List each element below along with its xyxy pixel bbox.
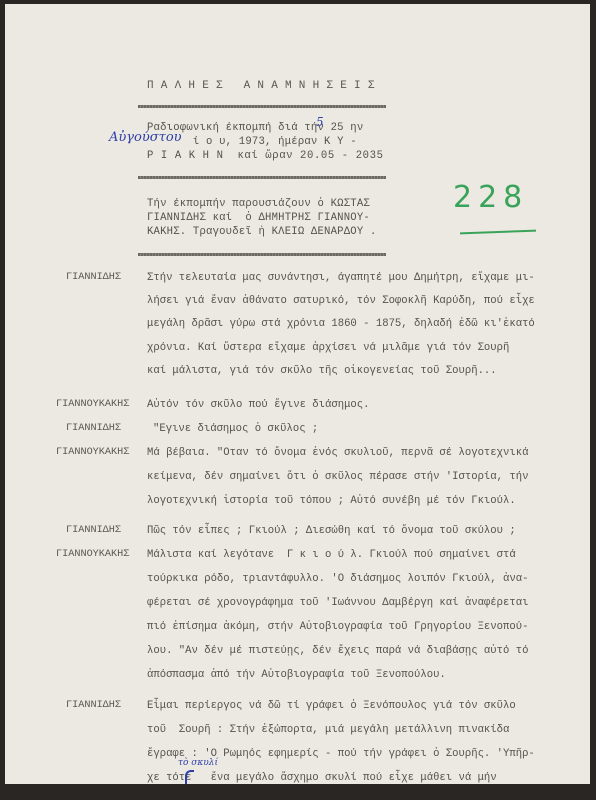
presenters-line-1: Τήν έκπομπήν παρουσιάζουν ὁ ΚΩΣΤΑΣ: [147, 198, 370, 210]
title-rule: [138, 105, 386, 108]
dialogue-line: Εἶμαι περίεργος νά δῶ τί γράφει ὁ Ξενόπο…: [147, 700, 516, 712]
presenters-line-2: ΓΙΑΝΝΙΔΗΣ καί ὁ ΔΗΜΗΤΡΗΣ ΓΙΑΝΝΟΥ-: [147, 212, 370, 224]
dialogue-line: καί μάλιστα, γιά τόν σκῦλο τῆς οἰκογενεί…: [147, 365, 497, 377]
presenters-rule: [138, 253, 386, 256]
dialogue-line: τοῦ Σουρῆ : Στήν ἐξώπορτα, μιά μεγάλη με…: [147, 724, 509, 736]
dialogue-line: φέρεται σέ χρονογράφημα τοῦ 'Ιωάννου Δαμ…: [147, 597, 528, 609]
dialogue-line: Αὐτόν τόν σκῦλο πού ἔγινε διάσημος.: [147, 399, 370, 411]
presenters-line-3: ΚΑΚΗΣ. Τραγουδεῖ ἡ ΚΛΕΙΩ ΔΕΝΑΡΔΟΥ .: [147, 226, 377, 238]
dialogue-line: λογοτεχνική ἱστορία τοῦ τόπου ; Αὐτό συν…: [147, 495, 516, 507]
info-rule: [138, 176, 386, 179]
dialogue-line: λου. "Αν δέν μέ πιστεύῃς, δέν ἔχεις παρά…: [147, 645, 528, 657]
dialogue-line: πιό ἐπίσημα ἀκόμη, στήν Αὐτοβιογραφία το…: [147, 621, 528, 633]
dialogue-line: Μά βέβαια. "Οταν τό ὄνομα ἑνός σκυλιοῦ, …: [147, 447, 528, 459]
document-title: ΠΑΛΗΕΣ ΑΝΑΜΝΗΣΕΙΣ: [147, 80, 382, 92]
dialogue-line: μεγάλη δρᾶσι γύρω στά χρόνια 1860 - 1875…: [147, 318, 535, 330]
dialogue-line: χρόνια. Καί ὕστερα εἴχαμε ἀρχίσει νά μιλ…: [147, 342, 509, 354]
speaker-label: ΓΙΑΝΝΙΔΗΣ: [66, 272, 121, 283]
broadcast-info-line-3: Ρ Ι Α Κ Η Ν καί ὥραν 20.05 - 2035: [147, 150, 384, 162]
speaker-label: ΓΙΑΝΝΙΔΗΣ: [66, 423, 121, 434]
dialogue-line: ἀπόσπασμα ἀπό τήν Αὐτοβιογραφία τοῦ Ξενο…: [147, 669, 446, 681]
page-number: 228: [453, 180, 528, 215]
dialogue-line: Πῶς τόν εἶπες ; Γκιούλ ; Διεσώθη καί τό …: [147, 525, 516, 537]
handwritten-insert: τὸ σκυλί: [178, 758, 218, 768]
insertion-mark-icon: [185, 770, 194, 784]
dialogue-line: "Εγινε διάσημος ὁ σκῦλος ;: [153, 423, 318, 435]
dialogue-line: Μάλιστα καί λεγότανε Γ κ ι ο ύ λ. Γκιούλ…: [147, 549, 516, 561]
document-page: ΠΑΛΗΕΣ ΑΝΑΜΝΗΣΕΙΣ Ραδιοφωνική έκπομπή δι…: [5, 4, 590, 784]
handwritten-month: Αὐγούστου: [109, 130, 182, 145]
dialogue-line: Στήν τελευταία μας συνάντησι, άγαπητέ μο…: [147, 272, 535, 284]
speaker-label: ΓΙΑΝΝΟΥΚΑΚΗΣ: [56, 549, 129, 560]
dialogue-line: χε τότε ἕνα μεγάλο ἄσχημο σκυλί πού εἶχε…: [147, 772, 497, 784]
speaker-label: ΓΙΑΝΝΙΔΗΣ: [66, 700, 121, 711]
speaker-label: ΓΙΑΝΝΙΔΗΣ: [66, 525, 121, 536]
dialogue-line: τούρκικα ρόδο, τριαντάφυλλο. 'Ο διάσημος…: [147, 573, 528, 585]
dialogue-line: κείμενα, δέν σημαίνει ὅτι ὁ σκῦλος πέρασ…: [147, 471, 528, 483]
speaker-label: ΓΙΑΝΝΟΥΚΑΚΗΣ: [56, 447, 129, 458]
page-number-underline: [460, 230, 536, 235]
dialogue-line: λήσει γιά ἕναν ἀθάνατο σατυρικό, τόν Σοφ…: [147, 295, 535, 307]
handwritten-date-correction: 5: [316, 115, 324, 129]
speaker-label: ΓΙΑΝΝΟΥΚΑΚΗΣ: [56, 399, 129, 410]
